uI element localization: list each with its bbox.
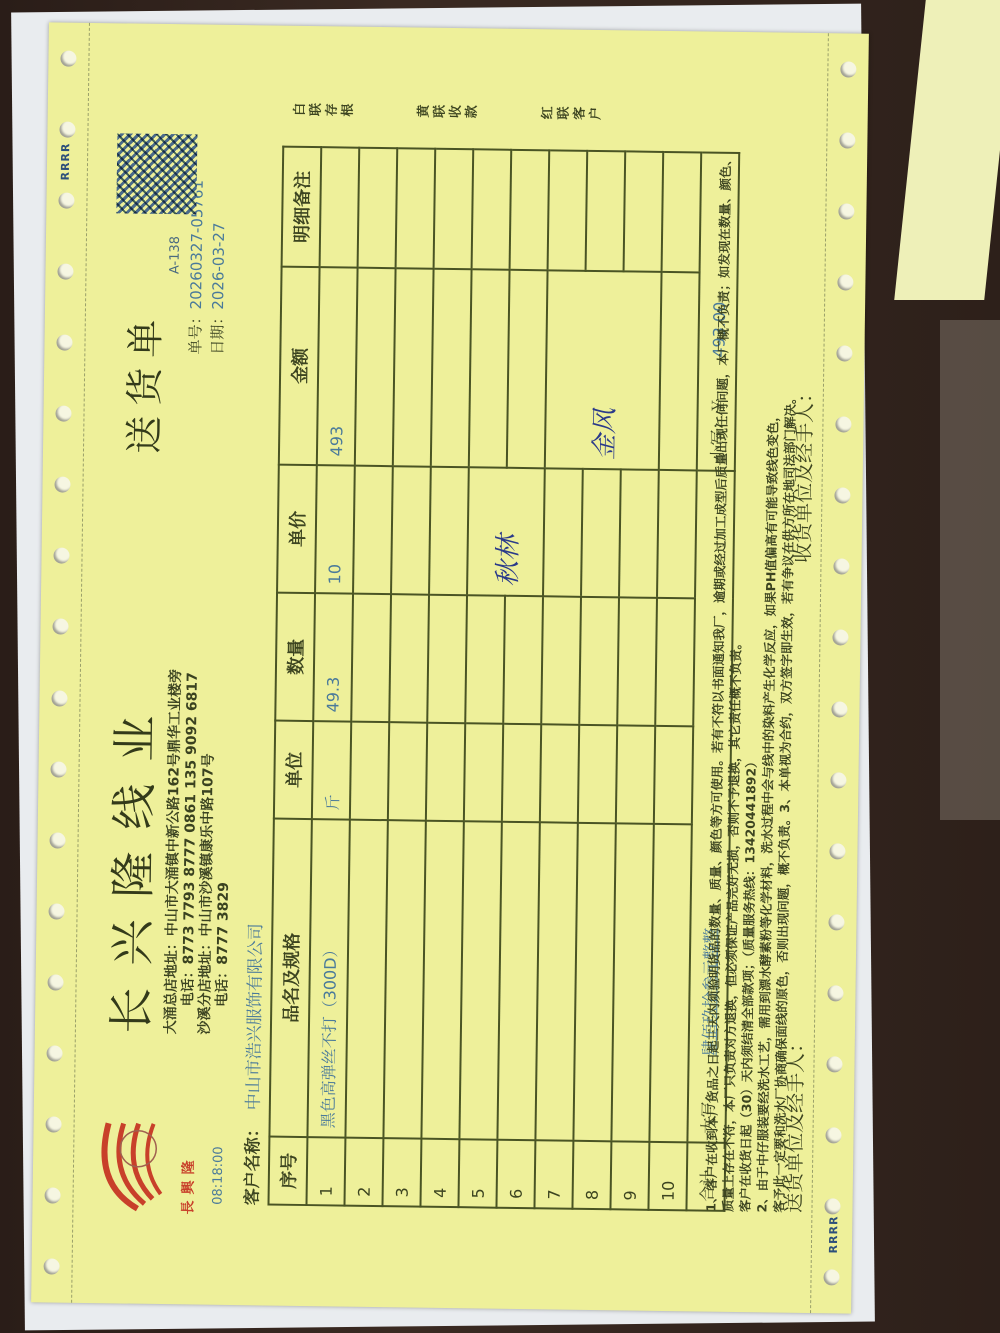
cell-no: 2 [344,1138,383,1207]
cell-no: 5 [458,1139,497,1208]
form-code: A-138 [167,236,183,274]
copy-label-white: 白联存根 [293,96,357,117]
address-value: 中山市沙溪镇康乐中路107号 [198,753,217,936]
tractor-feed-holes-top [31,22,90,1302]
cell-no: 3 [382,1138,421,1207]
background-object [940,320,1000,820]
cell-no: 4 [420,1139,459,1208]
cell-qty: 49.3 [313,593,353,722]
signature: 金风 [545,270,662,470]
copy-labels: 白联存根 黄联收款 红联客户 [293,96,665,121]
sender-label: 送货单位及经手人： [781,1033,808,1213]
address-label: 沙溪分店地址： [197,937,214,1035]
cell-amount: 493 [317,267,358,466]
copy-label-yellow: 黄联收款 [417,97,481,118]
cell-note [320,147,360,268]
col-header-amount: 金额 [279,267,320,466]
date-value: 2026-03-27 [209,222,228,309]
cell-no: 7 [534,1140,573,1209]
qr-code [116,133,197,214]
col-header-price: 单价 [277,465,317,594]
cell-no: 8 [572,1141,611,1210]
phone-value: 8777 3829 [215,882,232,965]
col-header-no: 序号 [268,1137,307,1206]
cell-no: 1 [306,1137,345,1206]
cell-price: 10 [315,465,355,594]
col-header-unit: 单位 [274,721,313,820]
logo-text: 長興隆 [177,1154,198,1214]
document-title: 送货单 [113,309,170,454]
customer-line: 客户名称：中山市浩兴服饰有限公司 [237,923,266,1205]
header: 長興隆 长兴隆线业 送货单 大涌总店地址：中山市大涌镇中新公路162号鼎华工业楼… [82,103,248,1225]
cell-name: 黑色高弹丝不打（300D） [307,819,349,1137]
customer-label: 客户名称： [242,1120,263,1205]
cell-no: 9 [610,1141,649,1210]
cell-no: 6 [496,1140,535,1209]
col-header-qty: 数量 [275,593,315,722]
address-block: 大涌总店地址：中山市大涌镇中新公路162号鼎华工业楼旁 电话：8773 7793… [163,669,236,1035]
order-no-label: 单号： [186,309,205,354]
delivery-note: RRRR RRRR 長興隆 长兴隆线业 送货单 大涌总店地址：中山市大涌镇中新公… [31,22,869,1313]
delivery-note-photo: RRRR RRRR 長興隆 长兴隆线业 送货单 大涌总店地址：中山市大涌镇中新公… [30,18,870,1318]
phone-label: 电话： [214,965,231,1007]
cell-unit: 斤 [312,721,351,820]
address-label: 大涌总店地址： [163,936,180,1034]
cell-no: 10 [648,1142,687,1211]
company-name: 长兴隆线业 [95,693,166,1034]
time-printed: 08:18:00 [210,1146,226,1205]
customer-name: 中山市浩兴服饰有限公司 [244,923,267,1110]
edge-stamp: RRRR [59,142,73,180]
company-logo-icon [82,1113,184,1224]
items-table: 序号 品名及规格 单位 数量 单价 金额 明细备注 1 黑色高弹丝不打（300D… [267,146,740,1212]
receiver-label: 收货单位及经手人： [787,383,819,563]
signature: 秋林 [467,467,545,596]
date-label: 日期： [208,310,227,355]
phone-label: 电话： [180,964,197,1006]
copy-label-red: 红联客户 [541,99,605,120]
yellow-paper-stack [894,0,1000,300]
col-header-name: 品名及规格 [269,819,311,1137]
col-header-note: 明细备注 [282,147,322,268]
